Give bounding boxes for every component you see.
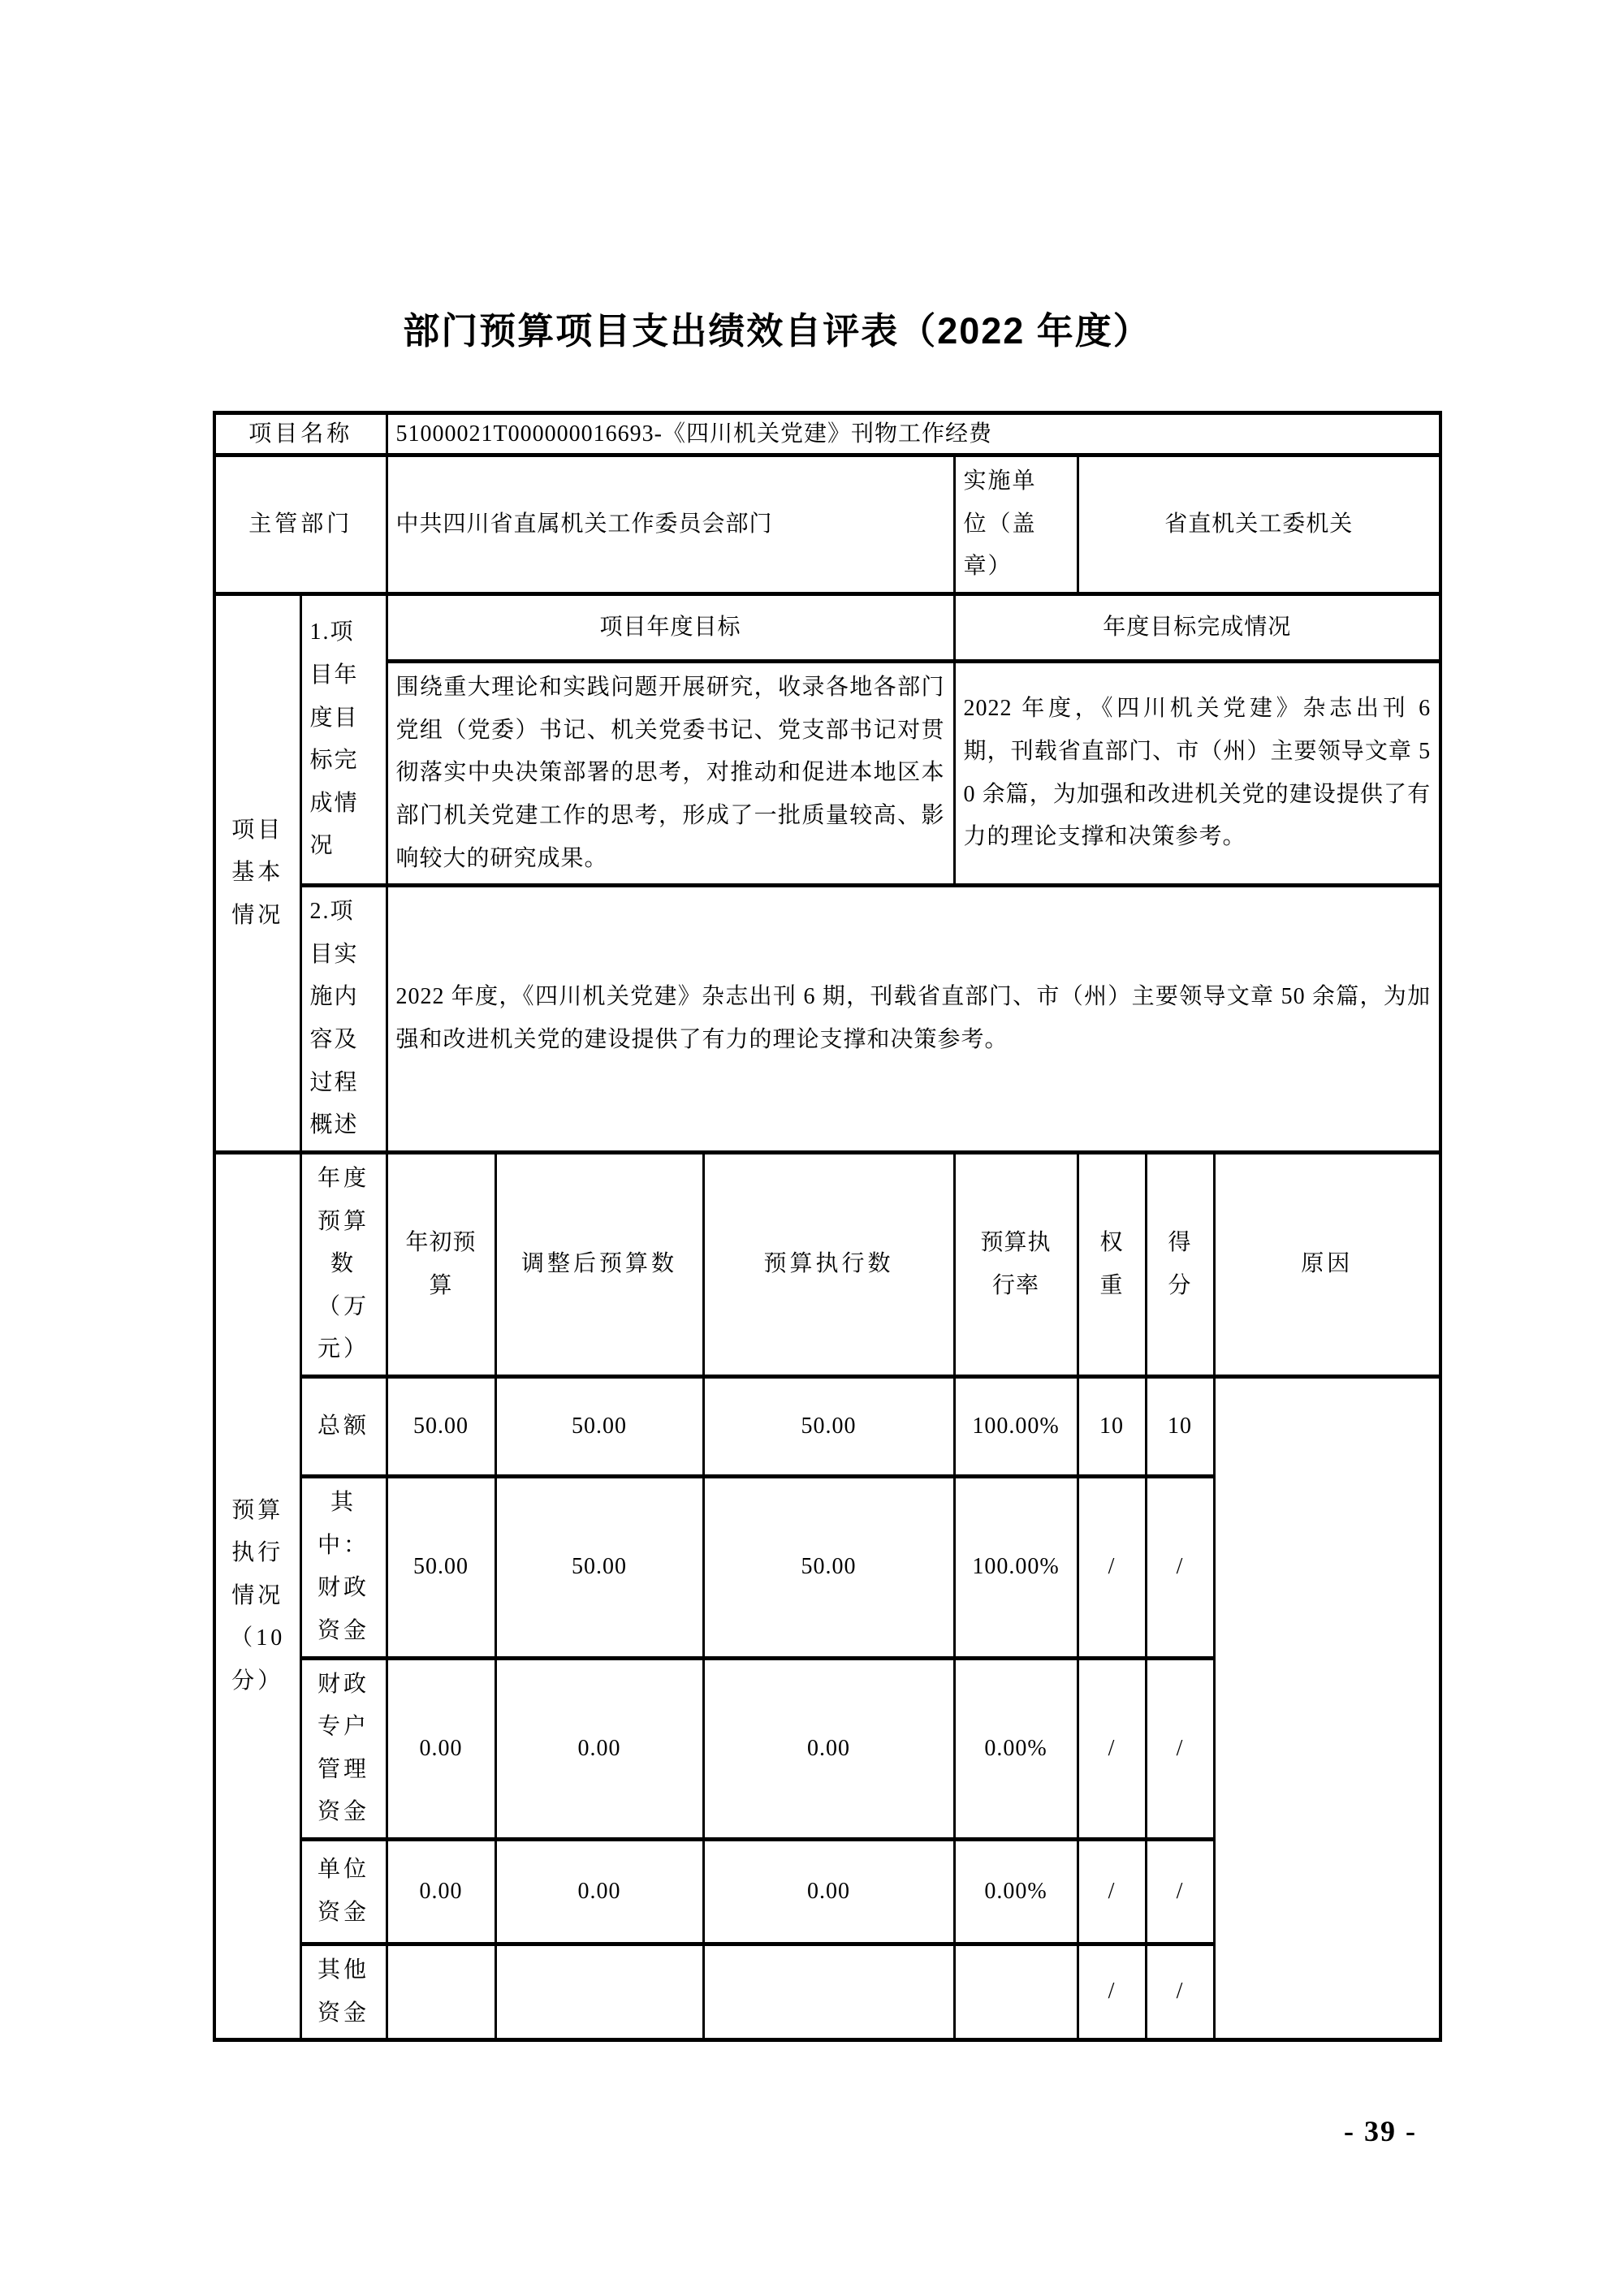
cell-weight: / bbox=[1078, 1944, 1146, 2040]
cell-project-name-label: 项目名称 bbox=[214, 413, 387, 455]
cell-rate: 0.00% bbox=[954, 1840, 1078, 1944]
cell-score: / bbox=[1146, 1944, 1214, 2040]
page-title: 部门预算项目支出绩效自评表（2022 年度） bbox=[213, 307, 1341, 356]
cell-reason-header: 原因 bbox=[1214, 1152, 1440, 1376]
cell-score: / bbox=[1146, 1477, 1214, 1659]
cell-row-label: 财政 专户 管理 资金 bbox=[300, 1658, 387, 1840]
cell-executed bbox=[703, 1944, 954, 2040]
cell-executed: 0.00 bbox=[703, 1658, 954, 1840]
cell-annual-goal-header: 项目年度目标 bbox=[387, 594, 954, 662]
cell-weight-header: 权 重 bbox=[1078, 1152, 1146, 1376]
table-row: 围绕重大理论和实践问题开展研究，收录各地各部门党组（党委）书记、机关党委书记、党… bbox=[214, 662, 1440, 886]
cell-adjusted: 0.00 bbox=[495, 1840, 703, 1944]
cell-score: / bbox=[1146, 1658, 1214, 1840]
cell-score-header: 得 分 bbox=[1146, 1152, 1214, 1376]
cell-initial: 0.00 bbox=[387, 1840, 495, 1944]
cell-row-label: 其他 资金 bbox=[300, 1944, 387, 2040]
table-row: 项目名称 51000021T000000016693-《四川机关党建》刊物工作经… bbox=[214, 413, 1440, 455]
cell-row-label: 其 中： 财政 资金 bbox=[300, 1477, 387, 1659]
cell-rate: 0.00% bbox=[954, 1658, 1078, 1840]
cell-implement-unit-value: 省直机关工委机关 bbox=[1078, 455, 1440, 594]
cell-score: / bbox=[1146, 1840, 1214, 1944]
page-number: - 39 - bbox=[1299, 2114, 1462, 2148]
cell-executed-budget-header: 预算执行数 bbox=[703, 1152, 954, 1376]
cell-weight: / bbox=[1078, 1840, 1146, 1944]
cell-executed: 0.00 bbox=[703, 1840, 954, 1944]
cell-initial: 50.00 bbox=[387, 1377, 495, 1477]
table-row: 项目 基本 情况 1.项 目年 度目 标完 成情 况 项目年度目标 年度目标完成… bbox=[214, 594, 1440, 662]
cell-row-label: 总额 bbox=[300, 1377, 387, 1477]
document-page: 部门预算项目支出绩效自评表（2022 年度） 项目名称 51000021T000… bbox=[0, 0, 1624, 2296]
cell-sub1-label: 1.项 目年 度目 标完 成情 况 bbox=[300, 594, 387, 886]
cell-weight: / bbox=[1078, 1477, 1146, 1659]
cell-goal-completion-text: 2022 年度，《四川机关党建》杂志出刊 6 期，刊载省直部门、市（州）主要领导… bbox=[954, 662, 1440, 886]
cell-adjusted bbox=[495, 1944, 703, 2040]
cell-rate: 100.00% bbox=[954, 1477, 1078, 1659]
cell-project-name-value: 51000021T000000016693-《四川机关党建》刊物工作经费 bbox=[387, 413, 1440, 455]
cell-reason-value bbox=[1214, 1377, 1440, 2040]
cell-executed: 50.00 bbox=[703, 1377, 954, 1477]
cell-adjusted: 0.00 bbox=[495, 1658, 703, 1840]
cell-adjusted: 50.00 bbox=[495, 1377, 703, 1477]
cell-goal-completion-header: 年度目标完成情况 bbox=[954, 594, 1440, 662]
table-row: 总额 50.00 50.00 50.00 100.00% 10 10 bbox=[214, 1377, 1440, 1477]
cell-executed: 50.00 bbox=[703, 1477, 954, 1659]
table-row: 主管部门 中共四川省直属机关工作委员会部门 实施单 位（盖 章） 省直机关工委机… bbox=[214, 455, 1440, 594]
table-row: 2.项 目实 施内 容及 过程 概述 2022 年度，《四川机关党建》杂志出刊 … bbox=[214, 886, 1440, 1153]
cell-sub2-text: 2022 年度，《四川机关党建》杂志出刊 6 期，刊载省直部门、市（州）主要领导… bbox=[387, 886, 1440, 1153]
cell-implement-unit-label: 实施单 位（盖 章） bbox=[954, 455, 1078, 594]
cell-sub2-label: 2.项 目实 施内 容及 过程 概述 bbox=[300, 886, 387, 1153]
cell-supervisor-value: 中共四川省直属机关工作委员会部门 bbox=[387, 455, 954, 594]
cell-annual-goal-text: 围绕重大理论和实践问题开展研究，收录各地各部门党组（党委）书记、机关党委书记、党… bbox=[387, 662, 954, 886]
table-row: 预算 执行 情况 （10 分） 年度 预算 数 （万 元） 年初预 算 调整后预… bbox=[214, 1152, 1440, 1376]
cell-initial bbox=[387, 1944, 495, 2040]
cell-initial: 0.00 bbox=[387, 1658, 495, 1840]
cell-supervisor-label: 主管部门 bbox=[214, 455, 387, 594]
cell-weight: 10 bbox=[1078, 1377, 1146, 1477]
cell-initial-budget-header: 年初预 算 bbox=[387, 1152, 495, 1376]
cell-row-label: 单位 资金 bbox=[300, 1840, 387, 1944]
cell-adjusted-budget-header: 调整后预算数 bbox=[495, 1152, 703, 1376]
cell-rate: 100.00% bbox=[954, 1377, 1078, 1477]
cell-adjusted: 50.00 bbox=[495, 1477, 703, 1659]
cell-budget-rowhead-header: 年度 预算 数 （万 元） bbox=[300, 1152, 387, 1376]
self-evaluation-table: 项目名称 51000021T000000016693-《四川机关党建》刊物工作经… bbox=[213, 411, 1442, 2042]
cell-weight: / bbox=[1078, 1658, 1146, 1840]
cell-basic-info-section-label: 项目 基本 情况 bbox=[214, 594, 300, 1153]
cell-budget-section-label: 预算 执行 情况 （10 分） bbox=[214, 1152, 300, 2039]
cell-score: 10 bbox=[1146, 1377, 1214, 1477]
cell-initial: 50.00 bbox=[387, 1477, 495, 1659]
cell-execution-rate-header: 预算执 行率 bbox=[954, 1152, 1078, 1376]
cell-rate bbox=[954, 1944, 1078, 2040]
